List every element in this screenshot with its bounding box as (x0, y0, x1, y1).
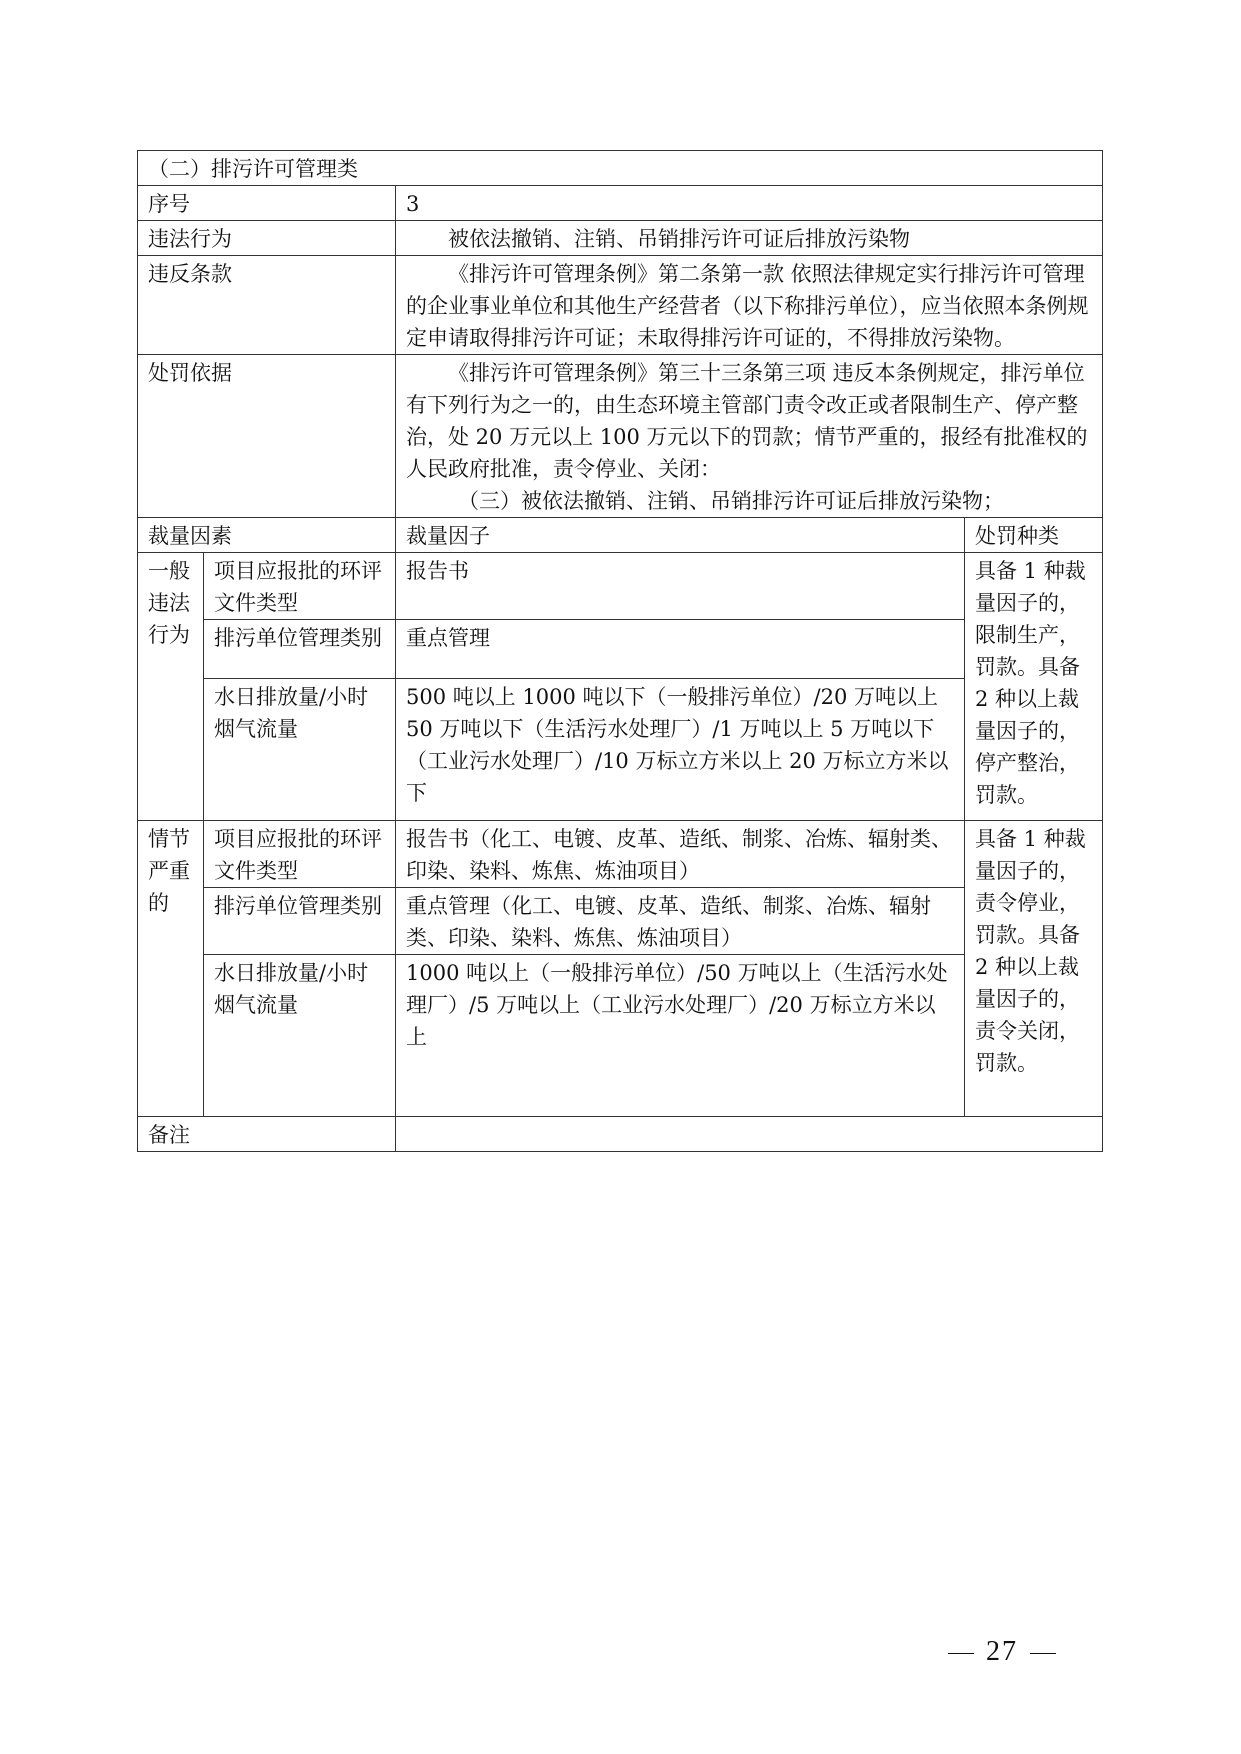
criteria-value: 重点管理 (396, 620, 965, 679)
criteria-value: 报告书 (396, 553, 965, 620)
header-penalty: 处罚种类 (965, 518, 1103, 553)
factor-label: 项目应报批的环评文件类型 (204, 821, 396, 888)
group-serious-penalty: 具备 1 种裁量因子的，责令停业，罚款。具备 2 种以上裁量因子的，责令关闭，罚… (965, 821, 1103, 1117)
serial-value: 3 (396, 186, 1103, 221)
factor-label: 排污单位管理类别 (204, 888, 396, 955)
dash-right-icon (1030, 1653, 1056, 1654)
criteria-value: 重点管理（化工、电镀、皮革、造纸、制浆、冶炼、辐射类、印染、染料、炼焦、炼油项目… (396, 888, 965, 955)
criteria-value: 500 吨以上 1000 吨以下（一般排污单位）/20 万吨以上 50 万吨以下… (396, 679, 965, 821)
violated-clause-value: 《排污许可管理条例》第二条第一款 依照法律规定实行排污许可管理的企业事业单位和其… (396, 256, 1103, 355)
penalty-basis-cell: 《排污许可管理条例》第三十三条第三项 违反本条例规定，排污单位有下列行为之一的，… (396, 355, 1103, 518)
page-number: 27 (936, 1636, 1068, 1668)
group-general-name: 一般违法行为 (138, 553, 204, 821)
remarks-label: 备注 (138, 1117, 396, 1152)
section-title: （二）排污许可管理类 (138, 151, 1103, 186)
factor-label: 水日排放量/小时烟气流量 (204, 679, 396, 821)
dash-left-icon (948, 1653, 974, 1654)
serial-label: 序号 (138, 186, 396, 221)
group-serious-name: 情节严重的 (138, 821, 204, 1117)
criteria-value: 报告书（化工、电镀、皮革、造纸、制浆、冶炼、辐射类、 印染、染料、炼焦、炼油项目… (396, 821, 965, 888)
factor-label: 水日排放量/小时烟气流量 (204, 955, 396, 1117)
group-general-penalty: 具备 1 种裁量因子的，限制生产，罚款。具备 2 种以上裁量因子的，停产整治，罚… (965, 553, 1103, 821)
violation-label: 违法行为 (138, 221, 396, 256)
page-number-text: 27 (986, 1636, 1018, 1667)
penalty-basis-item: （三）被依法撤销、注销、吊销排污许可证后排放污染物； (406, 485, 1092, 517)
penalty-discretion-table: （二）排污许可管理类 序号 3 违法行为 被依法撤销、注销、吊销排污许可证后排放… (137, 150, 1103, 1152)
factor-label: 项目应报批的环评文件类型 (204, 553, 396, 620)
remarks-value (396, 1117, 1103, 1152)
penalty-basis-label: 处罚依据 (138, 355, 396, 518)
header-factor: 裁量因素 (138, 518, 396, 553)
header-criteria: 裁量因子 (396, 518, 965, 553)
criteria-value: 1000 吨以上（一般排污单位）/50 万吨以上（生活污水处理厂）/5 万吨以上… (396, 955, 965, 1117)
violation-value: 被依法撤销、注销、吊销排污许可证后排放污染物 (396, 221, 1103, 256)
violated-clause-label: 违反条款 (138, 256, 396, 355)
factor-label: 排污单位管理类别 (204, 620, 396, 679)
penalty-basis-text: 《排污许可管理条例》第三十三条第三项 违反本条例规定，排污单位有下列行为之一的，… (406, 357, 1092, 485)
